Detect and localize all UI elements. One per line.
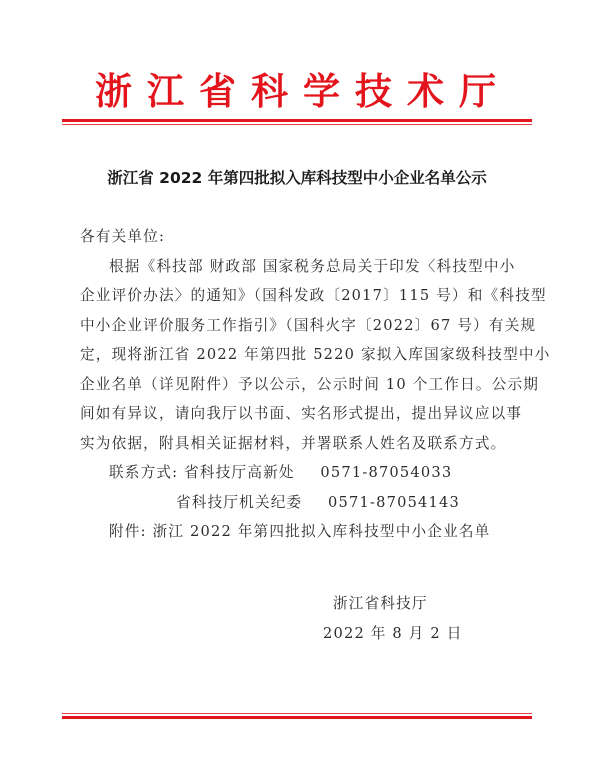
header-rule-thick [62,119,532,122]
footer-rule-thick [62,716,532,719]
paragraph-line: 根据《科技部 财政部 国家税务总局关于印发〈科技型中小 [80,252,520,282]
document-title: 浙江省 2022 年第四批拟入库科技型中小企业名单公示 [0,166,594,190]
attachment-line: 附件: 浙江 2022 年第四批拟入库科技型中小企业名单 [80,517,520,547]
attachment-label: 附件: [109,523,147,540]
contact-line-1: 联系方式: 省科技厅高新处 0571-87054033 [80,458,520,488]
paragraph-line: 企业名单（详见附件）予以公示，公示时间 10 个工作日。公示期 [80,370,520,400]
paragraph-line: 中小企业评价服务工作指引》（国科火字〔2022〕67 号）有关规 [80,311,520,341]
salutation: 各有关单位: [80,222,520,252]
issue-date: 2022 年 8 月 2 日 [323,622,463,643]
paragraph-line: 实为依据，附具相关证据材料，并署联系人姓名及联系方式。 [80,429,520,459]
paragraph-line: 间如有异议，请向我厅以书面、实名形式提出，提出异议应以事 [80,399,520,429]
contact-phone: 0571-87054033 [320,464,452,481]
contact-dept: 省科技厅机关纪委 [176,494,302,511]
contact-label: 联系方式: [109,464,178,481]
paragraph-line: 定，现将浙江省 2022 年第四批 5220 家拟入库国家级科技型中小 [80,340,520,370]
document-body: 各有关单位: 根据《科技部 财政部 国家税务总局关于印发〈科技型中小 企业评价办… [80,222,520,547]
contact-dept: 省科技厅高新处 [184,464,295,481]
contact-line-2: 省科技厅机关纪委 0571-87054143 [80,488,520,518]
attachment-text: 浙江 2022 年第四批拟入库科技型中小企业名单 [153,523,491,540]
issuer-name: 浙江省科技厅 [333,592,428,613]
contact-phone: 0571-87054143 [328,494,460,511]
footer-rule-thin [62,713,532,714]
paragraph-line: 企业评价办法〉的通知》（国科发政〔2017〕115 号）和《科技型 [80,281,520,311]
header-rule-thin [62,124,532,125]
masthead-org-name: 浙江省科学技术厅 [0,66,594,116]
